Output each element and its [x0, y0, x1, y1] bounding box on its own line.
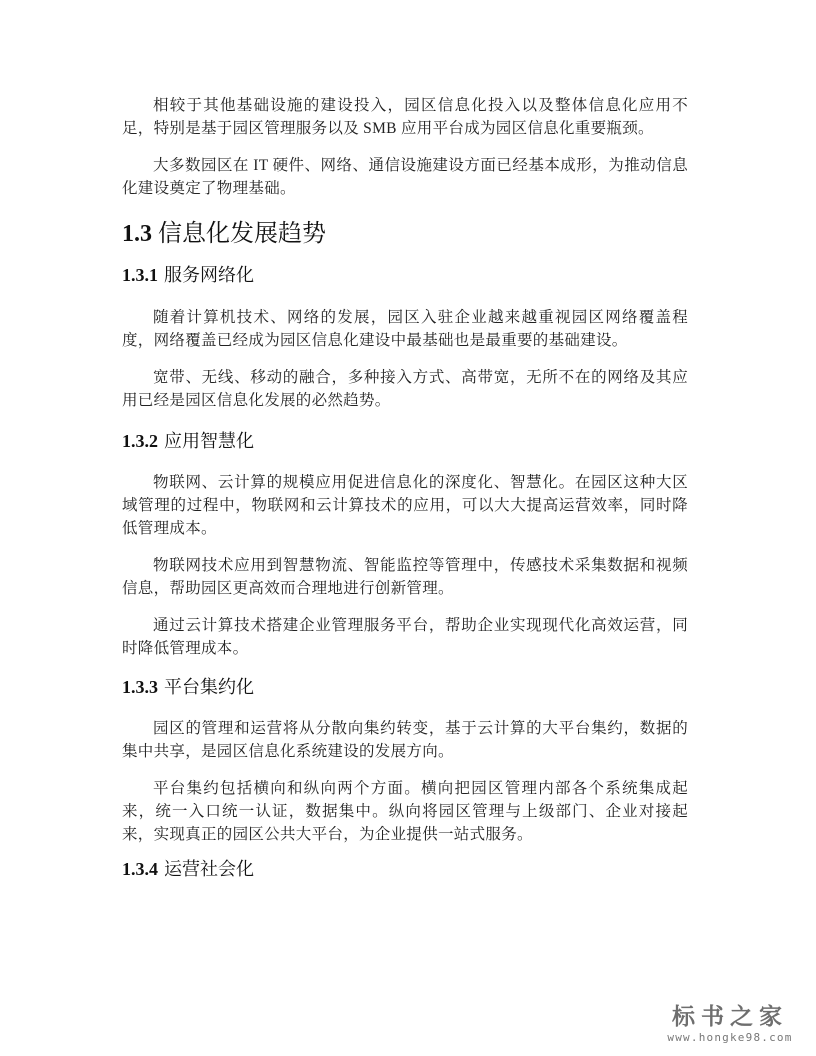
watermark-title: 标书之家: [655, 1003, 805, 1031]
subsection-heading-1-3-4: 1.3.4运营社会化: [122, 857, 688, 881]
subsection-heading-1-3-3: 1.3.3平台集约化: [122, 675, 688, 699]
paragraph-1-3-1-b: 宽带、无线、移动的融合，多种接入方式、高带宽，无所不在的网络及其应用已经是园区信…: [122, 366, 688, 412]
paragraph-1-3-2-c: 通过云计算技术搭建企业管理服务平台，帮助企业实现现代化高效运营，同时降低管理成本…: [122, 614, 688, 660]
section-heading: 1.3信息化发展趋势: [122, 219, 688, 249]
paragraph-1-3-3-b: 平台集约包括横向和纵向两个方面。横向把园区管理内部各个系统集成起来，统一入口统一…: [122, 777, 688, 846]
paragraph-1-3-1-a: 随着计算机技术、网络的发展，园区入驻企业越来越重视园区网络覆盖程度，网络覆盖已经…: [122, 306, 688, 352]
section-title-text: 信息化发展趋势: [158, 221, 326, 247]
paragraph: 宽带、无线、移动的融合，多种接入方式、高带宽，无所不在的网络及其应用已经是园区信…: [122, 366, 688, 412]
paragraph: 物联网、云计算的规模应用促进信息化的深度化、智慧化。在园区这种大区域管理的过程中…: [122, 471, 688, 540]
paragraph: 随着计算机技术、网络的发展，园区入驻企业越来越重视园区网络覆盖程度，网络覆盖已经…: [122, 306, 688, 352]
subsection-title: 1.3.3平台集约化: [122, 675, 688, 699]
paragraph: 平台集约包括横向和纵向两个方面。横向把园区管理内部各个系统集成起来，统一入口统一…: [122, 777, 688, 846]
paragraph-1-3-3-a: 园区的管理和运营将从分散向集约转变，基于云计算的大平台集约，数据的集中共享，是园…: [122, 717, 688, 763]
subsection-number: 1.3.3: [122, 677, 158, 697]
paragraph: 相较于其他基础设施的建设投入，园区信息化投入以及整体信息化应用不足，特别是基于园…: [122, 94, 688, 140]
watermark-logo: 标书之家 www.hongke98.com: [655, 1003, 805, 1045]
paragraph: 物联网技术应用到智慧物流、智能监控等管理中，传感技术采集数据和视频信息，帮助园区…: [122, 554, 688, 600]
subsection-title-text: 运营社会化: [164, 859, 254, 879]
subsection-title-text: 平台集约化: [164, 677, 254, 697]
subsection-heading-1-3-1: 1.3.1服务网络化: [122, 263, 688, 287]
section-number: 1.3: [122, 221, 152, 247]
subsection-number: 1.3.2: [122, 431, 158, 451]
subsection-heading-1-3-2: 1.3.2应用智慧化: [122, 429, 688, 453]
watermark-url: www.hongke98.com: [655, 1031, 805, 1045]
subsection-title: 1.3.4运营社会化: [122, 857, 688, 881]
intro-paragraph-2: 大多数园区在 IT 硬件、网络、通信设施建设方面已经基本成形，为推动信息化建设奠…: [122, 154, 688, 200]
section-title: 1.3信息化发展趋势: [122, 219, 688, 249]
paragraph: 园区的管理和运营将从分散向集约转变，基于云计算的大平台集约，数据的集中共享，是园…: [122, 717, 688, 763]
subsection-number: 1.3.1: [122, 265, 158, 285]
paragraph-1-3-2-b: 物联网技术应用到智慧物流、智能监控等管理中，传感技术采集数据和视频信息，帮助园区…: [122, 554, 688, 600]
subsection-number: 1.3.4: [122, 859, 158, 879]
subsection-title: 1.3.2应用智慧化: [122, 429, 688, 453]
subsection-title: 1.3.1服务网络化: [122, 263, 688, 287]
subsection-title-text: 应用智慧化: [164, 431, 254, 451]
intro-paragraph-1: 相较于其他基础设施的建设投入，园区信息化投入以及整体信息化应用不足，特别是基于园…: [122, 94, 688, 140]
paragraph-1-3-2-a: 物联网、云计算的规模应用促进信息化的深度化、智慧化。在园区这种大区域管理的过程中…: [122, 471, 688, 540]
paragraph: 通过云计算技术搭建企业管理服务平台，帮助企业实现现代化高效运营，同时降低管理成本…: [122, 614, 688, 660]
paragraph: 大多数园区在 IT 硬件、网络、通信设施建设方面已经基本成形，为推动信息化建设奠…: [122, 154, 688, 200]
subsection-title-text: 服务网络化: [164, 265, 254, 285]
